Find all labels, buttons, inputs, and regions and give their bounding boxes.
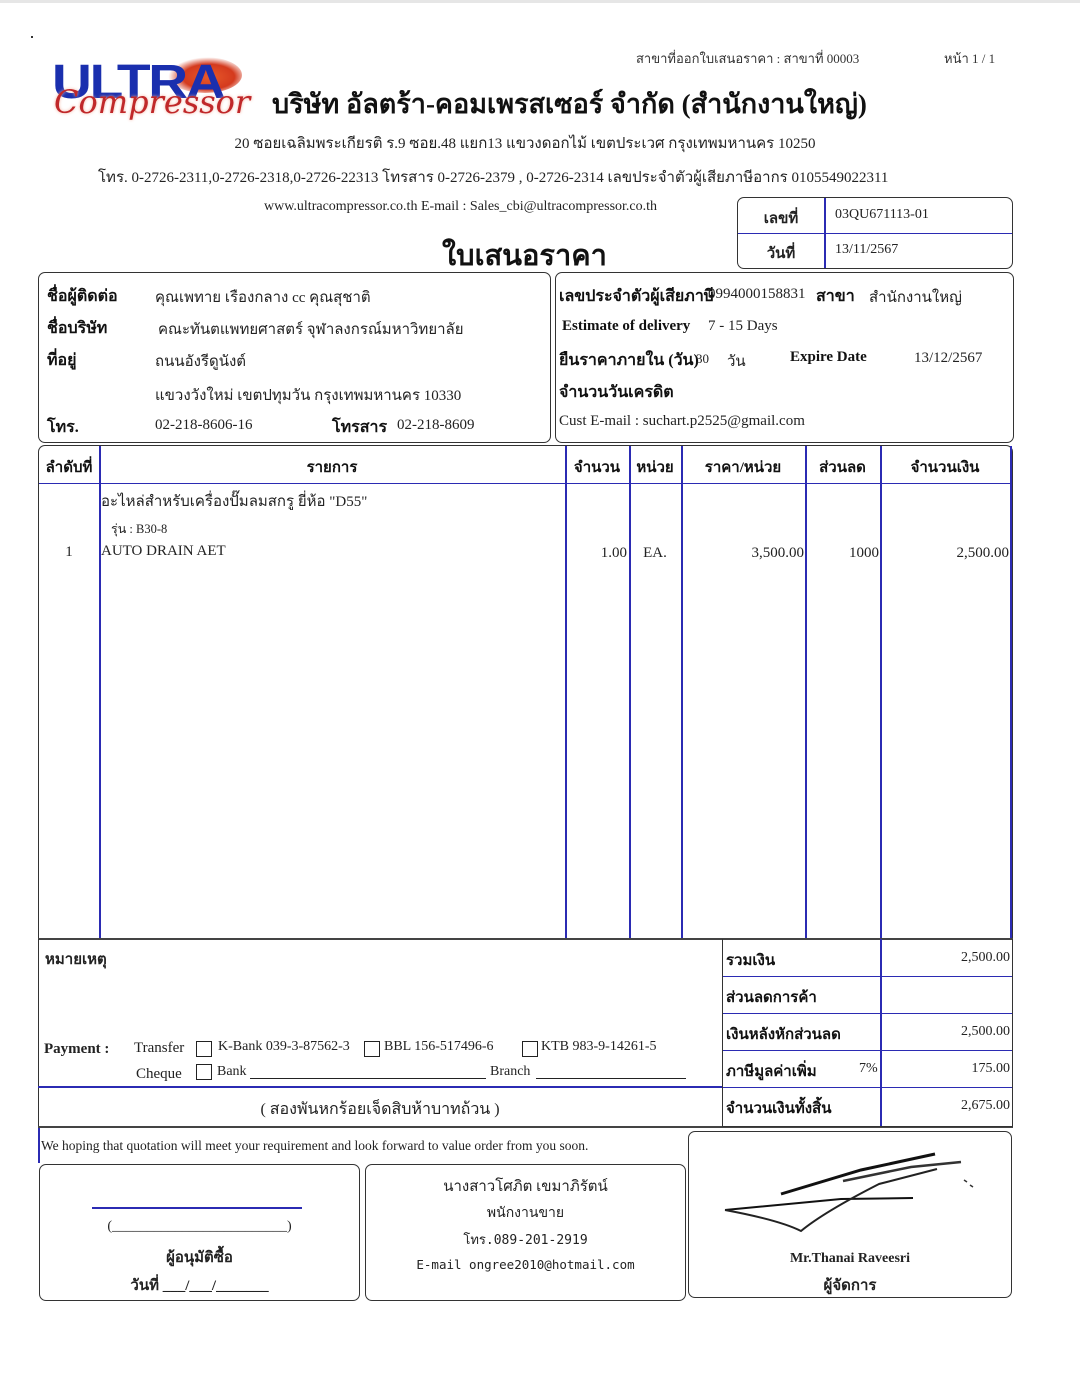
after-discount-label: เงินหลังหักส่วนลด: [726, 1022, 841, 1046]
phone-value: 02-218-8606-16: [155, 417, 253, 434]
sales-title: พนักงานขาย: [366, 1202, 685, 1224]
approver-name-blank: (_________________________): [40, 1219, 359, 1235]
after-discount-value: 2,500.00: [961, 1024, 1010, 1040]
col-header-description: รายการ: [99, 455, 565, 479]
cheque-bank-label: Bank: [217, 1064, 247, 1080]
col-header-unit: หน่วย: [629, 455, 681, 479]
validity-label: ยืนราคาภายใน (วัน): [559, 348, 699, 373]
doc-date-label: วันที่: [738, 241, 824, 265]
delivery-label: Estimate of delivery: [562, 318, 690, 335]
vat-value: 175.00: [972, 1061, 1011, 1077]
page-number: หน้า 1 / 1: [944, 48, 995, 69]
manager-title: ผู้จัดการ: [689, 1273, 1011, 1297]
cheque-branch-field[interactable]: [536, 1066, 686, 1079]
delivery-value: 7 - 15 Days: [708, 318, 778, 335]
subtotal-value: 2,500.00: [961, 950, 1010, 966]
company-logo: ULTRA Compressor: [50, 55, 250, 125]
address-line-1: ถนนอังรีดูนังต์: [155, 349, 246, 373]
divider: [38, 1086, 722, 1088]
taxid-value: 0994000158831: [708, 286, 806, 303]
col-header-qty: จำนวน: [565, 455, 629, 479]
expire-label: Expire Date: [790, 349, 867, 366]
branch-value: สำนักงานใหญ่: [869, 285, 962, 309]
credit-label: จำนวนวันเครดิต: [559, 380, 674, 405]
issuing-branch: สาขาที่ออกใบเสนอราคา : สาขาที่ 00003: [636, 48, 859, 69]
item-number: 1: [39, 544, 99, 561]
stray-mark: [31, 36, 33, 38]
remark-label: หมายเหตุ: [45, 947, 107, 971]
contact-value: คุณเพทาย เรืองกลาง cc คุณสุชาติ: [155, 285, 371, 309]
subtotal-label: รวมเงิน: [726, 948, 775, 972]
checkbox-ktb[interactable]: [522, 1041, 538, 1057]
closing-note: We hoping that quotation will meet your …: [41, 1138, 588, 1154]
sales-phone: โทร.089-201-2919: [366, 1229, 685, 1250]
company-contact-line: โทร. 0-2726-2311,0-2726-2318,0-2726-2231…: [98, 165, 888, 189]
item-unit-price: 3,500.00: [681, 545, 804, 562]
grand-total-value: 2,675.00: [961, 1098, 1010, 1114]
checkbox-cheque[interactable]: [196, 1064, 212, 1080]
vat-rate: 7%: [859, 1061, 878, 1077]
approver-signature-line[interactable]: [92, 1207, 302, 1209]
bank-ktb: KTB 983-9-14261-5: [541, 1039, 657, 1055]
totals-table: รวมเงิน 2,500.00 ส่วนลดการค้า เงินหลังหั…: [722, 939, 1013, 1127]
doc-number-label: เลขที่: [738, 206, 824, 230]
col-header-unit-price: ราคา/หน่วย: [681, 455, 805, 479]
amount-in-words: ( สองพันหกร้อยเจ็ดสิบห้าบาทถ้วน ): [38, 1097, 722, 1122]
item-unit: EA.: [629, 545, 681, 562]
bank-bbl: BBL 156-517496-6: [384, 1039, 494, 1055]
approver-label: ผู้อนุมัติซื้อ: [40, 1245, 359, 1269]
validity-unit: วัน: [727, 349, 746, 373]
item-model: รุ่น : B30-8: [111, 519, 167, 539]
contact-label: ชื่อผู้ติดต่อ: [47, 284, 118, 309]
vat-label: ภาษีมูลค่าเพิ่ม: [726, 1059, 817, 1083]
col-header-no: ลำดับที่: [39, 455, 99, 479]
doc-date-value: 13/11/2567: [835, 242, 898, 258]
company-name: บริษัท อัลตร้า-คอมเพรสเซอร์ จำกัด (สำนัก…: [272, 82, 867, 125]
customer-info-box: ชื่อผู้ติดต่อ คุณเพทาย เรืองกลาง cc คุณส…: [38, 272, 551, 443]
fax-label: โทรสาร: [332, 415, 387, 440]
cheque-branch-label: Branch: [490, 1064, 530, 1080]
company-web-email: www.ultracompressor.co.th E-mail : Sales…: [264, 199, 657, 215]
manager-signature-box: Mr.Thanai Raveesri ผู้จัดการ: [688, 1131, 1012, 1298]
trade-discount-label: ส่วนลดการค้า: [726, 985, 817, 1009]
taxid-label: เลขประจำตัวผู้เสียภาษี: [559, 284, 714, 309]
manager-signature-icon: [689, 1132, 1011, 1242]
col-header-amount: จำนวนเงิน: [880, 455, 1010, 479]
cheque-label: Cheque: [136, 1066, 182, 1083]
bank-kbank: K-Bank 039-3-87562-3: [218, 1039, 350, 1055]
logo-text-bottom: Compressor: [54, 83, 250, 121]
document-number-box: เลขที่ 03QU671113-01 วันที่ 13/11/2567: [737, 197, 1013, 269]
subtotal-row: รวมเงิน 2,500.00: [723, 939, 1012, 977]
approver-date: วันที่ ___/___/_______: [40, 1273, 359, 1297]
grand-total-row: จำนวนเงินทั้งสิ้น 2,675.00: [723, 1087, 1012, 1124]
company-label: ชื่อบริษัท: [47, 316, 107, 341]
approver-signature-box: (_________________________) ผู้อนุมัติซื…: [39, 1164, 360, 1301]
transfer-label: Transfer: [134, 1040, 184, 1057]
after-discount-row: เงินหลังหักส่วนลด 2,500.00: [723, 1013, 1012, 1051]
validity-value: 30: [696, 351, 709, 367]
col-header-discount: ส่วนลด: [805, 455, 880, 479]
fax-value: 02-218-8609: [397, 417, 475, 434]
item-discount: 1000: [805, 545, 879, 562]
customer-email: Cust E-mail : suchart.p2525@gmail.com: [559, 413, 805, 430]
item-amount: 2,500.00: [880, 545, 1009, 562]
item-description-line-1: อะไหล่สำหรับเครื่องปั๊มลมสกรู ยี่ห้อ "D5…: [101, 489, 367, 513]
company-address: 20 ซอยเฉลิมพระเกียรติ ร.9 ซอย.48 แยก13 แ…: [0, 131, 1050, 155]
checkbox-bbl[interactable]: [364, 1041, 380, 1057]
items-table: ลำดับที่ รายการ จำนวน หน่วย ราคา/หน่วย ส…: [38, 445, 1013, 940]
expire-value: 13/12/2567: [914, 350, 982, 367]
vat-row: ภาษีมูลค่าเพิ่ม 7% 175.00: [723, 1050, 1012, 1088]
branch-label: สาขา: [816, 284, 855, 309]
phone-label: โทร.: [47, 415, 79, 440]
item-name: AUTO DRAIN AET: [101, 543, 226, 560]
company-value: คณะทันตแพทยศาสตร์ จุฬาลงกรณ์มหาวิทยาลัย: [158, 317, 464, 341]
item-qty: 1.00: [565, 545, 627, 562]
sales-name: นางสาวโศภิต เขมาภิรัตน์: [366, 1174, 685, 1198]
address-label: ที่อยู่: [47, 348, 77, 373]
quotation-terms-box: เลขประจำตัวผู้เสียภาษี 0994000158831 สาข…: [555, 272, 1014, 443]
doc-number-value: 03QU671113-01: [835, 207, 929, 223]
manager-name: Mr.Thanai Raveesri: [689, 1251, 1011, 1267]
grand-total-label: จำนวนเงินทั้งสิ้น: [726, 1096, 831, 1120]
salesperson-box: นางสาวโศภิต เขมาภิรัตน์ พนักงานขาย โทร.0…: [365, 1164, 686, 1301]
sales-email: E-mail ongree2010@hotmail.com: [366, 1257, 685, 1272]
trade-discount-row: ส่วนลดการค้า: [723, 976, 1012, 1014]
top-border: [0, 0, 1080, 3]
address-line-2: แขวงวังใหม่ เขตปทุมวัน กรุงเทพมหานคร 103…: [155, 383, 461, 407]
cheque-bank-field[interactable]: [250, 1066, 486, 1079]
checkbox-kbank[interactable]: [196, 1041, 212, 1057]
payment-label: Payment :: [44, 1041, 109, 1058]
